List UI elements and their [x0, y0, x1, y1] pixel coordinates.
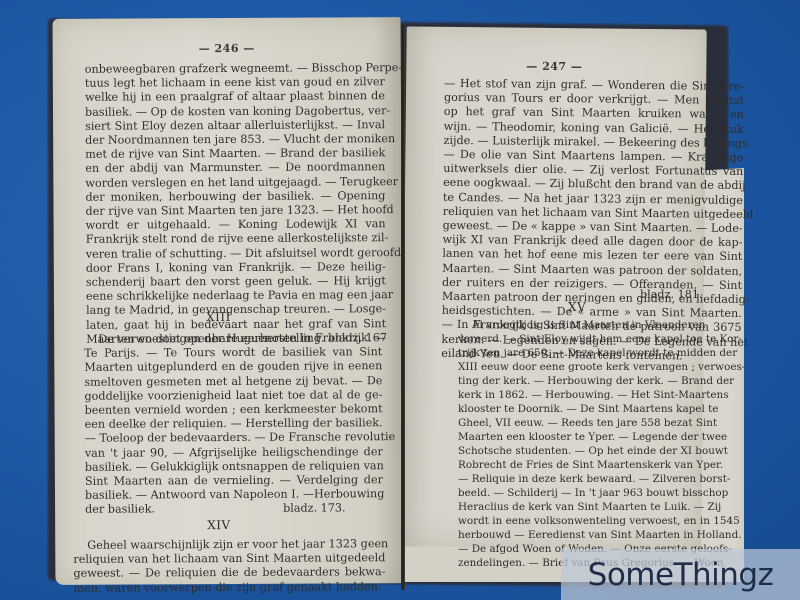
- text-line: der moniken, herbouwing der basiliek. — …: [85, 189, 385, 205]
- text-line: Maarten uitgeplunderd en de gouden rijve…: [84, 360, 382, 376]
- text-line: laten, gaat hij in bedevaart naar het gr…: [86, 317, 386, 333]
- text-line: Al vroegtijdig is Sint Maarten in Vlaand…: [458, 318, 696, 332]
- chapter-xiv-text: Geheel waarschijnlijk zijn er voor het j…: [73, 537, 385, 595]
- text-line: Sint Maarten aan de vernieling. — Verdel…: [85, 473, 383, 489]
- text-line: schenderij baart den vorst geen geluk. —…: [86, 274, 386, 290]
- text-line: veren tralie of schutting. — Dit afsluit…: [86, 246, 386, 262]
- text-line: welke hij in een praalgraf of altaar pla…: [85, 90, 385, 106]
- text-line: een deelke der reliquien. — Herstelling …: [85, 416, 383, 432]
- text-line: ting der kerk. — Herbouwing der kerk. — …: [458, 374, 696, 388]
- text-line: der Noordmannen ten jare 853. — Vlucht d…: [85, 132, 385, 148]
- chapter-heading-xv: XV: [568, 300, 586, 314]
- book-spine-gutter: [401, 25, 405, 590]
- watermark-banner: SomeThingz: [561, 549, 800, 600]
- text-line: basiliek. — Op de kosten van koning Dago…: [85, 104, 385, 120]
- watermark-text: SomeThingz: [588, 557, 774, 593]
- text-line: XIII eeuw door eene groote kerk vervange…: [458, 360, 696, 374]
- chapter-heading-xiv: XIV: [207, 518, 231, 532]
- text-line: — Reliquie in deze kerk bewaard. — Zilve…: [458, 472, 696, 486]
- text-line: men, waren voorwerpen die zijn graf gena…: [73, 580, 385, 596]
- left-page-number: — 246 —: [199, 42, 255, 55]
- left-page: — 246 — onbeweegbaren grafzerk wegneemt.…: [53, 17, 404, 585]
- text-line: siert Sint Eloy dezen altaar allerluiste…: [85, 118, 385, 134]
- text-line: lang te Madrid, in gevangenschap treuren…: [86, 303, 386, 319]
- text-line: en der abdij van Marmunster. — De noordm…: [85, 161, 385, 177]
- chapter-xiii-page-ref: bladz. 173.: [283, 501, 346, 514]
- text-line: wordt in eene volksonwenteling verwoest,…: [458, 514, 696, 528]
- text-line: basiliek. — Gelukkiglijk ontsnappen de r…: [85, 459, 383, 475]
- text-line: Robrecht de Fries de Sint Maartenskerk v…: [458, 458, 696, 472]
- text-line: kerk in 1862. — Herbouwing. — Het Sint-M…: [458, 388, 696, 402]
- chapter-xiii-text: De verwoestingen der Huguenoten in Frank…: [84, 331, 383, 517]
- text-line: beeld. — Schilderij — In 't jaar 963 bou…: [458, 486, 696, 500]
- text-line: Frankrijk stelt rond de rijve eene aller…: [86, 232, 386, 248]
- text-line: trijk ten jare 650. — Deze kapel wordt t…: [458, 346, 696, 360]
- text-line: eene schrikkelijke nederlaag te Pavia en…: [86, 288, 386, 304]
- text-line: herbouwd — Eeredienst van Sint Maarten i…: [458, 528, 696, 542]
- text-line: wordt er uitgehaald. — Koning Lodewijk X…: [86, 217, 386, 233]
- text-line: worden verslegen en het land uitgejaagd.…: [85, 175, 385, 191]
- text-line: goddelijke voorzienigheid laat niet toe …: [84, 388, 382, 404]
- text-line: met de rijve van Sint Maarten. — Brand d…: [85, 146, 385, 162]
- text-line: Maarten een klooster te Yper. — Legende …: [458, 430, 696, 444]
- right-page-number: — 247 —: [526, 60, 582, 74]
- text-line: onbeweegbaren grafzerk wegneemt. — Bissc…: [85, 61, 385, 77]
- text-line: tuus legt het lichaam in eene kist van g…: [85, 75, 385, 91]
- text-line: Gheel, VII eeuw. — Reeds ten jare 558 be…: [458, 416, 696, 430]
- text-line: Te Parijs. — Te Tours wordt de basiliek …: [84, 345, 382, 361]
- text-line: Schotsche studenten. — Op het einde der …: [458, 444, 696, 458]
- text-line: van 't jaar 90, — Afgrijselijke heiligsc…: [85, 445, 383, 461]
- text-line: geweest. — De reliquien die de bedevaard…: [73, 566, 385, 582]
- text-line: — Toeloop der bedevaarders. — De Fransch…: [85, 431, 383, 447]
- text-line: vereerd. — Sint Eloy wijdt hem eene kape…: [458, 332, 696, 346]
- left-page-continued-text: onbeweegbaren grafzerk wegneemt. — Bissc…: [85, 61, 386, 347]
- text-line: der rijve van Sint Maarten ten jare 1323…: [85, 203, 385, 219]
- text-line: klooster te Doornik. — De Sint Maartens …: [458, 402, 696, 416]
- text-line: Heraclius de kerk van Sint Maarten te Lu…: [458, 500, 696, 514]
- right-continued-page-ref: bladz. 181.: [640, 288, 703, 301]
- text-line: beenten vernield worden ; een kerkmeeste…: [85, 402, 383, 418]
- text-line: door Frans I, koning van Frankrijk. — De…: [86, 260, 386, 276]
- chapter-heading-xiii: XIII: [206, 310, 231, 324]
- text-line: De verwoestingen der Huguenoten in Frank…: [84, 331, 382, 347]
- text-line: smeltoven gesmeten met al hetgene zij be…: [84, 374, 382, 390]
- chapter-xv-text: Al vroegtijdig is Sint Maarten in Vlaand…: [458, 318, 696, 570]
